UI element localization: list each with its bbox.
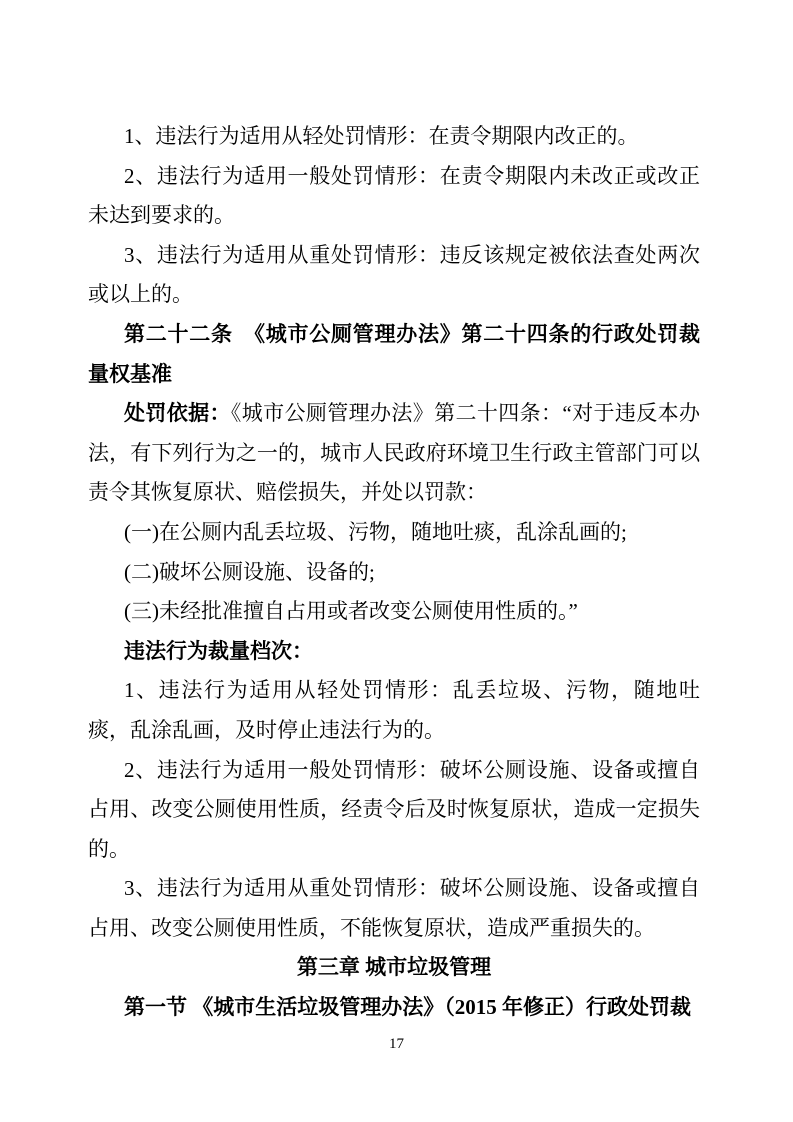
text-run: 处罚依据：	[124, 401, 231, 425]
paragraph-general-penalty-1: 2、违法行为适用一般处罚情形：在责令期限内未改正或改正未达到要求的。	[88, 157, 700, 236]
text-run: (二)破坏公厕设施、设备的;	[124, 560, 375, 584]
paragraph-penalty-basis: 处罚依据：《城市公厕管理办法》第二十四条：“对于违反本办法，有下列行为之一的，城…	[88, 394, 700, 513]
text-run: 违法行为裁量档次：	[124, 639, 313, 663]
text-run: 3、违法行为适用从重处罚情形：违反该规定被依法查处两次或以上的。	[88, 243, 700, 307]
page-number: 17	[0, 1034, 793, 1054]
text-run: (一)在公厕内乱丢垃圾、污物，随地吐痰，乱涂乱画的;	[124, 520, 627, 544]
document-body: 1、违法行为适用从轻处罚情形：在责令期限内改正的。2、违法行为适用一般处罚情形：…	[88, 117, 700, 1028]
paragraph-list-item-2: (二)破坏公厕设施、设备的;	[88, 553, 700, 593]
text-run: 3、违法行为适用从重处罚情形：破坏公厕设施、设备或擅自占用、改变公厕使用性质，不…	[88, 876, 700, 940]
text-run: (三)未经批准擅自占用或者改变公厕使用性质的。”	[124, 599, 578, 623]
paragraph-lenient-penalty-1: 1、违法行为适用从轻处罚情形：在责令期限内改正的。	[88, 117, 700, 157]
text-run: 1、违法行为适用从轻处罚情形：乱丢垃圾、污物，随地吐痰，乱涂乱画，及时停止违法行…	[88, 678, 700, 742]
discretion-levels-heading: 违法行为裁量档次：	[88, 632, 700, 672]
text-run: 2、违法行为适用一般处罚情形：在责令期限内未改正或改正未达到要求的。	[88, 164, 700, 228]
section-1-heading: 第一节 《城市生活垃圾管理办法》（2015 年修正）行政处罚裁	[88, 988, 700, 1028]
document-page: 1、违法行为适用从轻处罚情形：在责令期限内改正的。2、违法行为适用一般处罚情形：…	[0, 0, 793, 1122]
text-run: 第一节 《城市生活垃圾管理办法》（2015 年修正）行政处罚裁	[124, 995, 691, 1019]
text-run: 第三章 城市垃圾管理	[297, 955, 491, 979]
text-run: 2、违法行为适用一般处罚情形：破坏公厕设施、设备或擅自占用、改变公厕使用性质，经…	[88, 758, 700, 861]
chapter-3-heading: 第三章 城市垃圾管理	[88, 948, 700, 988]
paragraph-severe-penalty-1: 3、违法行为适用从重处罚情形：违反该规定被依法查处两次或以上的。	[88, 236, 700, 315]
paragraph-lenient-penalty-2: 1、违法行为适用从轻处罚情形：乱丢垃圾、污物，随地吐痰，乱涂乱画，及时停止违法行…	[88, 671, 700, 750]
article-22-heading: 第二十二条 《城市公厕管理办法》第二十四条的行政处罚裁量权基准	[88, 315, 700, 394]
text-run: 1、违法行为适用从轻处罚情形：在责令期限内改正的。	[124, 124, 639, 148]
paragraph-general-penalty-2: 2、违法行为适用一般处罚情形：破坏公厕设施、设备或擅自占用、改变公厕使用性质，经…	[88, 751, 700, 870]
paragraph-list-item-1: (一)在公厕内乱丢垃圾、污物，随地吐痰，乱涂乱画的;	[88, 513, 700, 553]
text-run: 第二十二条 《城市公厕管理办法》第二十四条的行政处罚裁量权基准	[88, 322, 700, 386]
paragraph-severe-penalty-2: 3、违法行为适用从重处罚情形：破坏公厕设施、设备或擅自占用、改变公厕使用性质，不…	[88, 869, 700, 948]
paragraph-list-item-3: (三)未经批准擅自占用或者改变公厕使用性质的。”	[88, 592, 700, 632]
